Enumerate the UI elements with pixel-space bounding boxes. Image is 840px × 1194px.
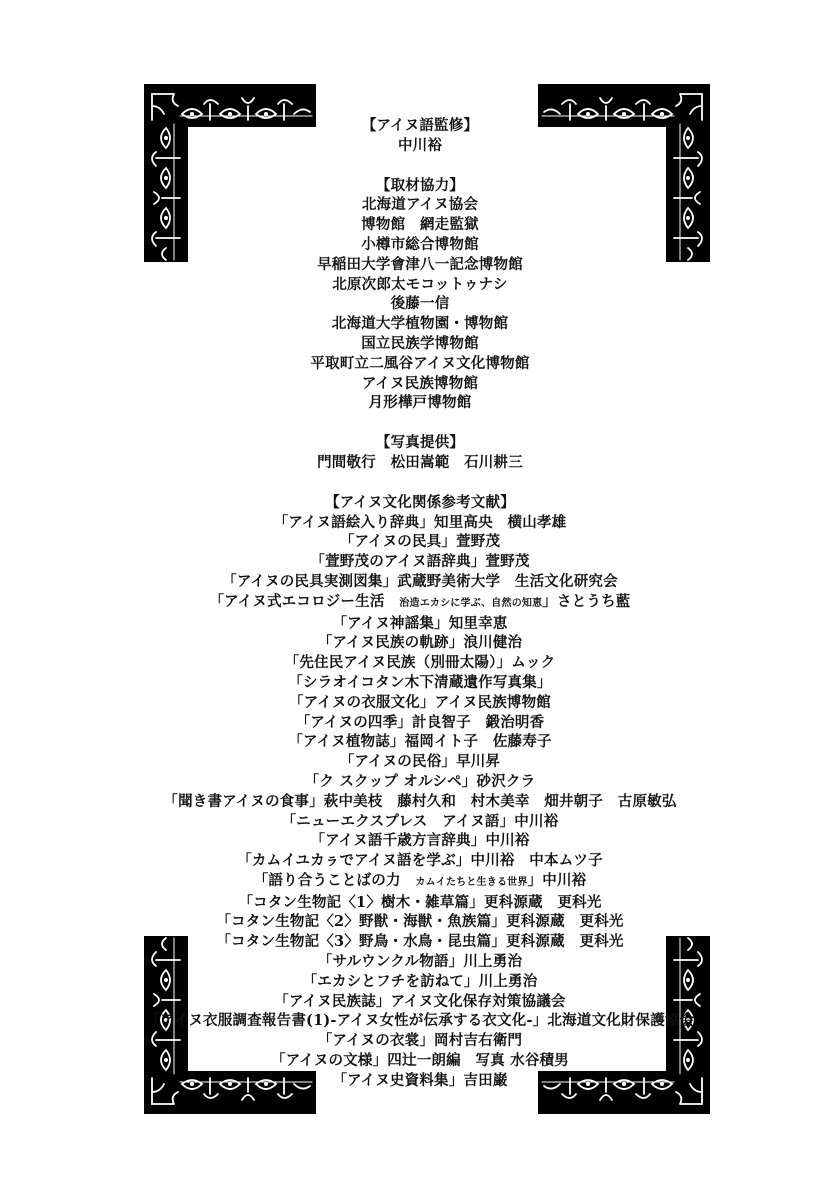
reference-line: 「語り合うことばの力 カムイたちと生きる世界」中川裕: [0, 871, 840, 893]
reference-line: 「ク スクップ オルシペ」砂沢クラ: [0, 772, 840, 792]
reference-author: 」中川裕: [528, 872, 587, 889]
reference-line: 「ニューエクスプレス アイヌ語」中川裕: [0, 812, 840, 832]
credit-line: 博物館 網走監獄: [0, 215, 840, 235]
reference-line: 「アイヌの民俗」早川昇: [0, 752, 840, 772]
reference-line: 「アイヌの衣服文化」アイヌ民族博物館: [0, 693, 840, 713]
reference-line: 「アイヌの民具実測図集」武蔵野美術大学 生活文化研究会: [0, 572, 840, 592]
reference-line: 「アイヌの民具」萱野茂: [0, 532, 840, 552]
reference-subtitle: カムイたちと生きる世界: [415, 877, 527, 888]
reference-line: 「アイヌの四季」計良智子 鍛治明香: [0, 713, 840, 733]
reference-line: 「アイヌ民族誌」アイヌ文化保存対策協議会: [0, 992, 840, 1012]
reference-line: 「アイヌ民族の軌跡」浪川健治: [0, 633, 840, 653]
reference-author: 」さとうち藍: [542, 593, 630, 610]
section-heading: 【アイヌ文化関係参考文献】: [0, 493, 840, 513]
credit-line: 北海道アイヌ協会: [0, 195, 840, 215]
credit-line: 早稲田大学會津八一記念博物館: [0, 255, 840, 275]
credit-line: 国立民族学博物館: [0, 334, 840, 354]
reference-line: 「エカシとフチを訪ねて」川上勇治: [0, 972, 840, 992]
reference-line: 「アイヌ植物誌」福岡イト子 佐藤寿子: [0, 732, 840, 752]
reference-line: 「アイヌ語千歳方言辞典」中川裕: [0, 831, 840, 851]
reference-title: 「アイヌ式エコロジー生活: [209, 593, 384, 610]
credit-line: 平取町立二風谷アイヌ文化博物館: [0, 354, 840, 374]
reference-line: 「コタン生物記〈1〉樹木・雑草篇」更科源蔵 更科光: [0, 893, 840, 913]
reference-line: 「萱野茂のアイヌ語辞典」萱野茂: [0, 552, 840, 572]
reference-line: 「アイヌ史資料集」吉田巌: [0, 1071, 840, 1091]
section-references: 【アイヌ文化関係参考文献】 「アイヌ語絵入り辞典」知里高央 横山孝雄 「アイヌの…: [0, 493, 840, 1091]
reference-line: 「アイヌ式エコロジー生活 治造エカシに学ぶ、自然の知恵」さとうち藍: [0, 592, 840, 614]
reference-line: 「先住民アイヌ民族（別冊太陽）」ムック: [0, 653, 840, 673]
reference-line: 「アイヌの文様」四辻一朗編 写真 水谷積男: [0, 1051, 840, 1071]
credit-line: 月形樺戸博物館: [0, 393, 840, 413]
credit-line: 小樽市総合博物館: [0, 235, 840, 255]
reference-line: 「アイヌ神謡集」知里幸恵: [0, 614, 840, 634]
credit-line: 後藤一信: [0, 294, 840, 314]
reference-title: 「語り合うことばの力: [254, 872, 401, 889]
reference-line: 「コタン生物記〈2〉野獣・海獣・魚族篇」更科源蔵 更科光: [0, 912, 840, 932]
credit-line: 北海道大学植物園・博物館: [0, 314, 840, 334]
section-photo-credits: 【写真提供】 門間敬行 松田嵩範 石川耕三: [0, 433, 840, 473]
section-heading: 【アイヌ語監修】: [0, 116, 840, 136]
credit-line: 中川裕: [0, 136, 840, 156]
credit-line: 北原次郎太モコットゥナシ: [0, 275, 840, 295]
section-heading: 【写真提供】: [0, 433, 840, 453]
section-heading: 【取材協力】: [0, 176, 840, 196]
reference-line: 「アイヌ衣服調査報告書(1)-アイヌ女性が伝承する衣文化-」北海道文化財保護協会: [0, 1011, 840, 1031]
credit-line: アイヌ民族博物館: [0, 374, 840, 394]
reference-line: 「シラオイコタン木下清蔵遺作写真集」: [0, 673, 840, 693]
reference-line: 「サルウンクル物語」川上勇治: [0, 952, 840, 972]
section-research-cooperation: 【取材協力】 北海道アイヌ協会 博物館 網走監獄 小樽市総合博物館 早稲田大学會…: [0, 176, 840, 414]
reference-line: 「コタン生物記〈3〉野鳥・水鳥・昆虫篇」更科源蔵 更科光: [0, 932, 840, 952]
reference-line: 「アイヌ語絵入り辞典」知里高央 横山孝雄: [0, 513, 840, 533]
section-language-supervision: 【アイヌ語監修】 中川裕: [0, 116, 840, 156]
reference-line: 「アイヌの衣裳」岡村吉右衛門: [0, 1031, 840, 1051]
reference-line: 「カムイユカㇻでアイヌ語を学ぶ」中川裕 中本ムツ子: [0, 851, 840, 871]
credit-line: 門間敬行 松田嵩範 石川耕三: [0, 453, 840, 473]
reference-line: 「聞き書アイヌの食事」萩中美枝 藤村久和 村木美幸 畑井朝子 古原敏弘: [0, 792, 840, 812]
credits-block: 【アイヌ語監修】 中川裕 【取材協力】 北海道アイヌ協会 博物館 網走監獄 小樽…: [0, 116, 840, 1091]
reference-subtitle: 治造エカシに学ぶ、自然の知恵: [399, 598, 542, 609]
